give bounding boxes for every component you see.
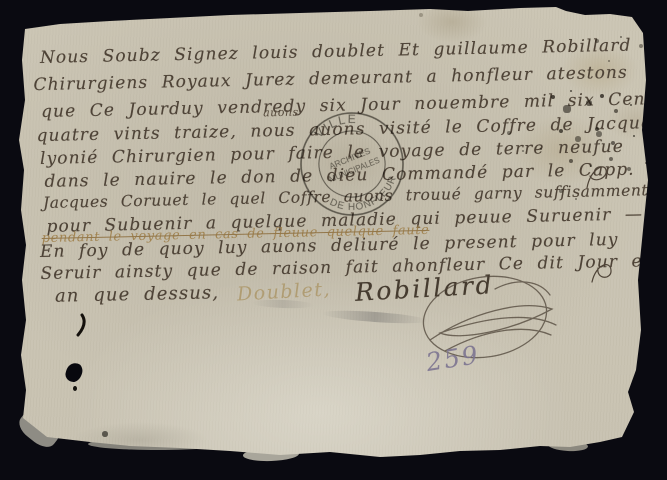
manuscript-text-block: Nous Soubz Signez louis doublet Et guill… <box>0 0 667 480</box>
pen-flourish-icon <box>588 256 616 290</box>
ink-speckles <box>0 0 2 2</box>
manuscript-paper: Nous Soubz Signez louis doublet Et guill… <box>0 0 667 480</box>
paper-speck <box>73 386 77 391</box>
document-scan: Nous Soubz Signez louis doublet Et guill… <box>0 0 667 480</box>
ink-mark <box>74 313 88 341</box>
pen-flourish-icon <box>584 158 610 196</box>
interline-insertion: auons <box>263 106 299 120</box>
manuscript-line: an que dessus, <box>55 282 220 306</box>
manuscript-line: Chirurgiens Royaux Jurez demeurant a hon… <box>33 63 628 95</box>
